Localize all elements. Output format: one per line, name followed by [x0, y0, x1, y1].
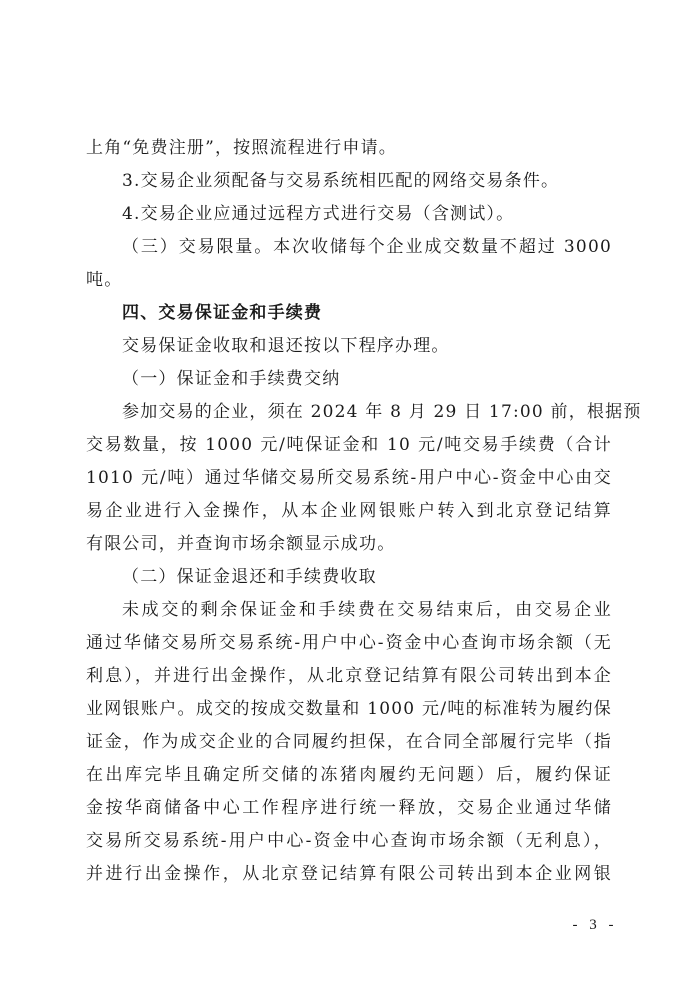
- paragraph-line: 有限公司，并查询市场余额显示成功。: [86, 528, 612, 561]
- subsection-trading-limit: （三）交易限量。本次收储每个企业成交数量不超过 3000: [86, 231, 612, 264]
- subsection-heading-1: （一）保证金和手续费交纳: [86, 363, 612, 396]
- list-item-3: 3.交易企业须配备与交易系统相匹配的网络交易条件。: [86, 165, 612, 198]
- paragraph-line: 未成交的剩余保证金和手续费在交易结束后，由交易企业: [86, 594, 612, 627]
- section-heading-4: 四、交易保证金和手续费: [86, 297, 612, 330]
- paragraph-line: 1010 元/吨）通过华储交易所交易系统-用户中心-资金中心由交: [86, 462, 612, 495]
- paragraph-line: 易企业进行入金操作，从本企业网银账户转入到北京登记结算: [86, 495, 612, 528]
- paragraph-line: 并进行出金操作，从北京登记结算有限公司转出到本企业网银: [86, 858, 612, 891]
- paragraph-line: 证金，作为成交企业的合同履约担保，在合同全部履行完毕（指: [86, 726, 612, 759]
- paragraph-line: 利息），并进行出金操作，从北京登记结算有限公司转出到本企: [86, 660, 612, 693]
- document-body: 上角“免费注册”，按照流程进行申请。 3.交易企业须配备与交易系统相匹配的网络交…: [86, 132, 612, 891]
- subsection-heading-2: （二）保证金退还和手续费收取: [86, 561, 612, 594]
- paragraph-line: 交易数量，按 1000 元/吨保证金和 10 元/吨交易手续费（合计: [86, 429, 612, 462]
- page-number: - 3 -: [560, 917, 630, 934]
- paragraph-line: 通过华储交易所交易系统-用户中心-资金中心查询市场余额（无: [86, 627, 612, 660]
- paragraph-line: 吨。: [86, 264, 612, 297]
- list-item-4: 4.交易企业应通过远程方式进行交易（含测试）。: [86, 198, 612, 231]
- document-page: 上角“免费注册”，按照流程进行申请。 3.交易企业须配备与交易系统相匹配的网络交…: [0, 0, 700, 989]
- paragraph-line: 交易所交易系统-用户中心-资金中心查询市场余额（无利息），: [86, 825, 612, 858]
- paragraph-line: 在出库完毕且确定所交储的冻猪肉履约无问题）后，履约保证: [86, 759, 612, 792]
- paragraph-line: 业网银账户。成交的按成交数量和 1000 元/吨的标准转为履约保: [86, 693, 612, 726]
- paragraph-line: 金按华商储备中心工作程序进行统一释放，交易企业通过华储: [86, 792, 612, 825]
- paragraph-line: 上角“免费注册”，按照流程进行申请。: [86, 132, 612, 165]
- paragraph-line: 交易保证金收取和退还按以下程序办理。: [86, 330, 612, 363]
- paragraph-line: 参加交易的企业，须在 2024 年 8 月 29 日 17:00 前，根据预: [86, 396, 612, 429]
